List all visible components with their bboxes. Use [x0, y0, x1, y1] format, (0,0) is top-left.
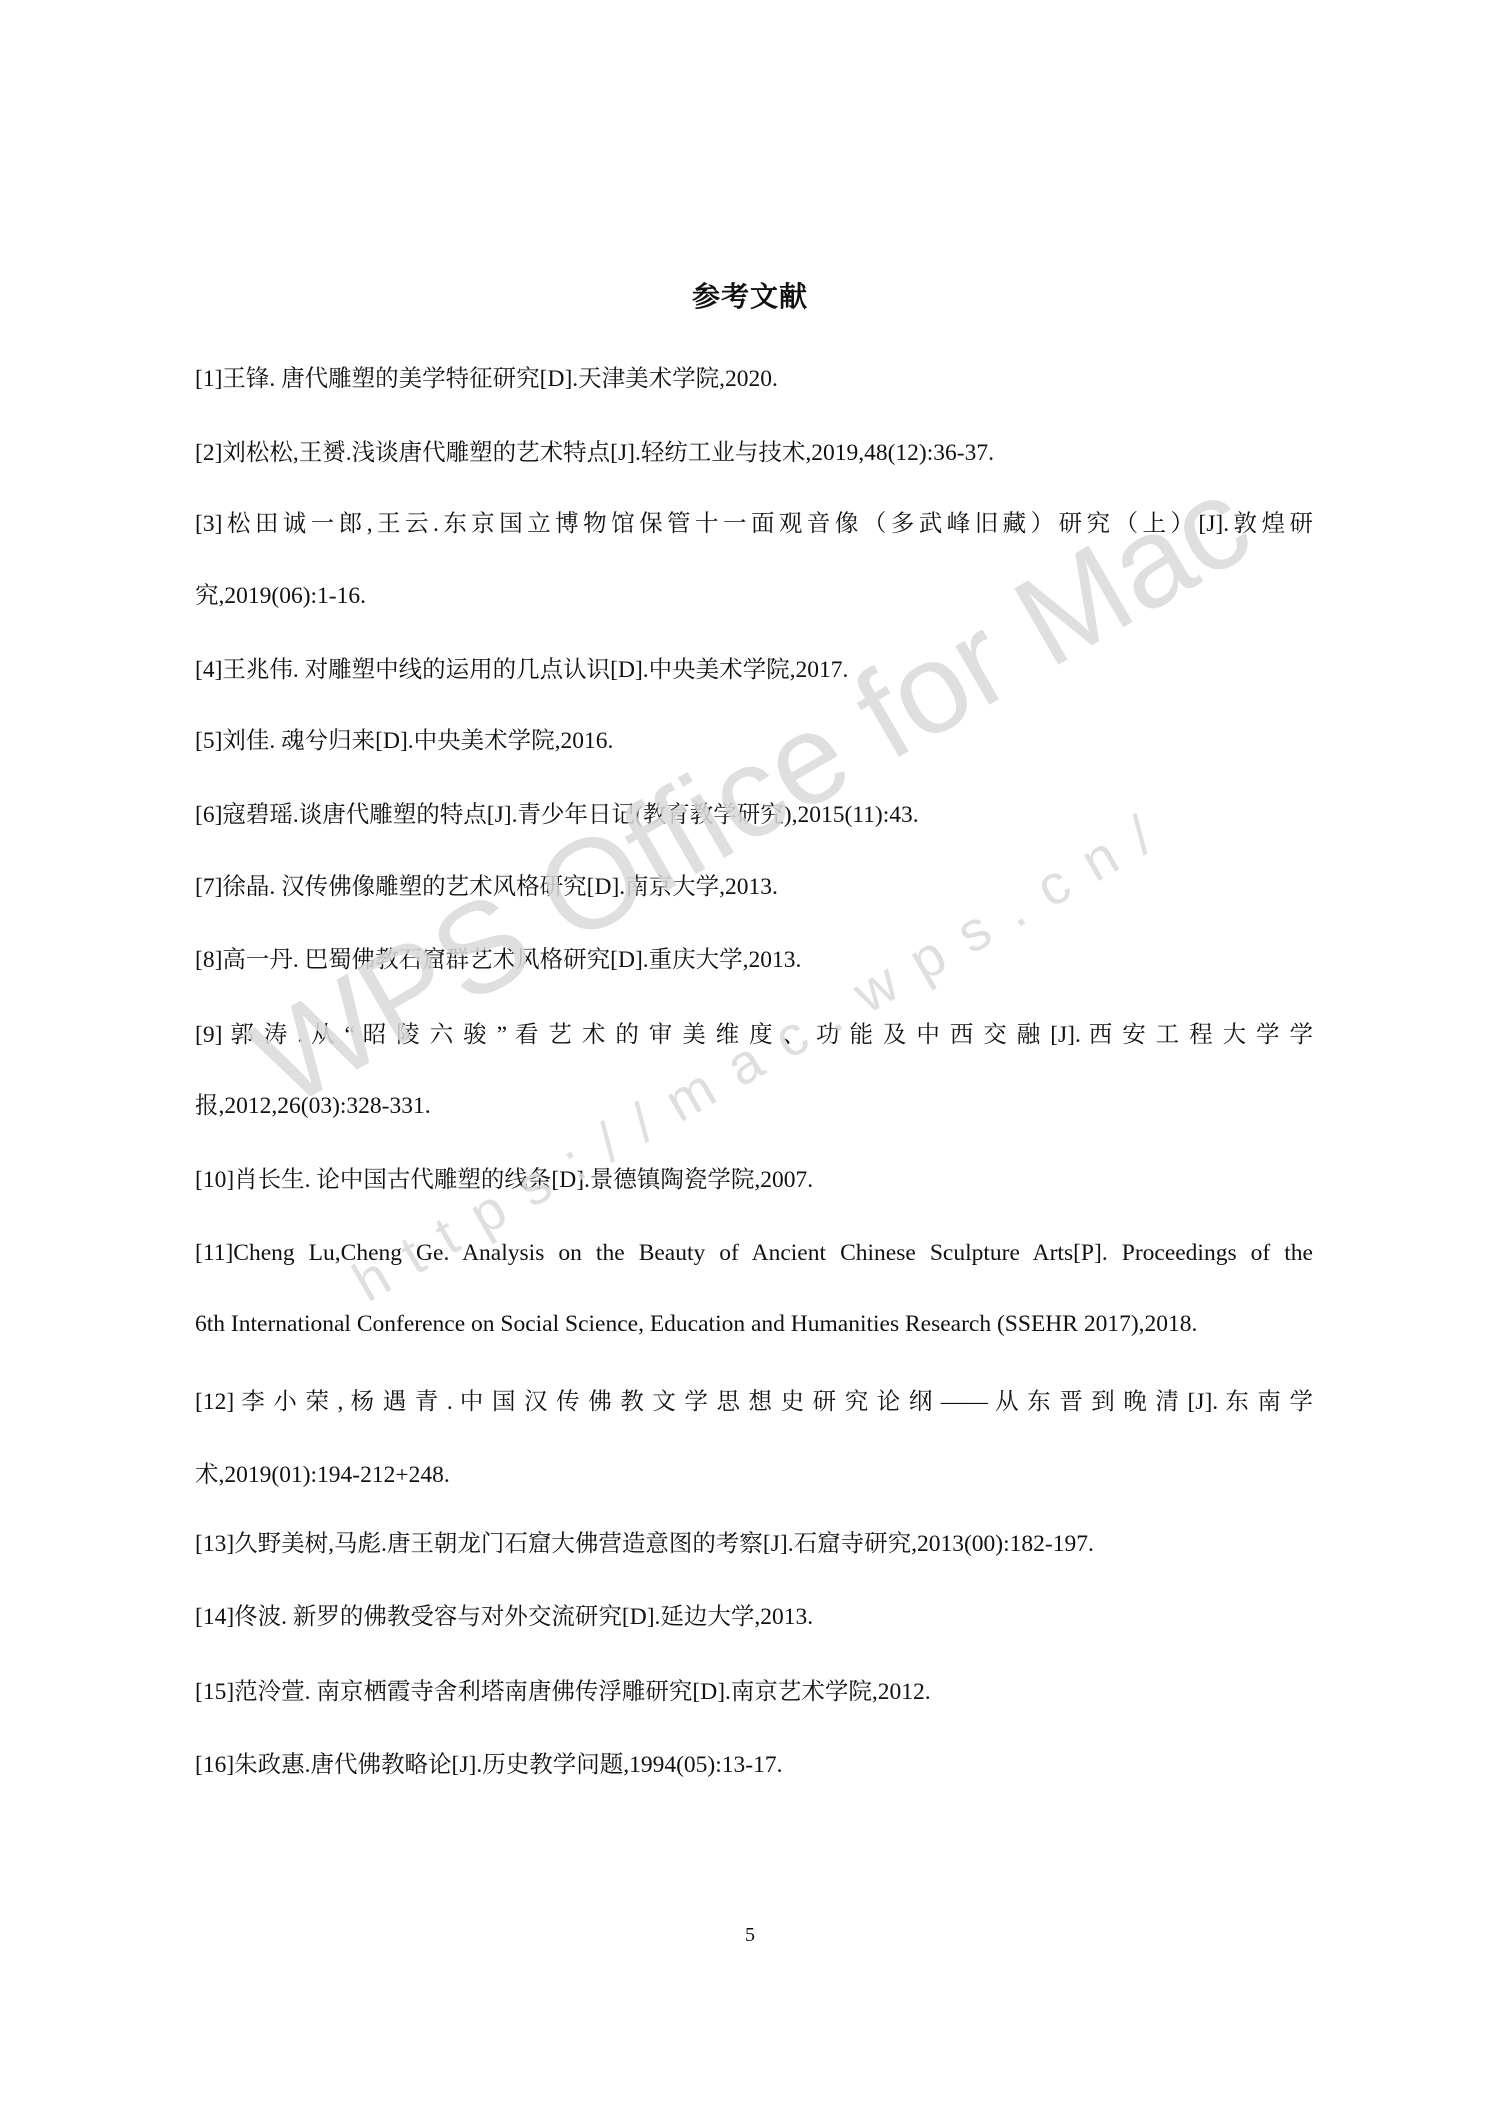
- reference-line: 报,2012,26(03):328-331.: [195, 1091, 431, 1121]
- reference-line: [6]寇碧瑶.谈唐代雕塑的特点[J].青少年日记(教育教学研究),2015(11…: [195, 800, 919, 830]
- watermark: WPS Office for Mac https://mac.wps.cn/: [0, 0, 1500, 2122]
- reference-line: [4]王兆伟. 对雕塑中线的运用的几点认识[D].中央美术学院,2017.: [195, 655, 848, 685]
- reference-line: [7]徐晶. 汉传佛像雕塑的艺术风格研究[D].南京大学,2013.: [195, 872, 778, 902]
- reference-line: [2]刘松松,王赟.浅谈唐代雕塑的艺术特点[J].轻纺工业与技术,2019,48…: [195, 438, 994, 468]
- page-title: 参考文献: [0, 281, 1500, 315]
- reference-line: 6th International Conference on Social S…: [195, 1309, 1197, 1339]
- reference-line: [14]佟波. 新罗的佛教受容与对外交流研究[D].延边大学,2013.: [195, 1602, 813, 1632]
- reference-line: [16]朱政惠.唐代佛教略论[J].历史教学问题,1994(05):13-17.: [195, 1750, 782, 1780]
- reference-line: [13]久野美树,马彪.唐王朝龙门石窟大佛营造意图的考察[J].石窟寺研究,20…: [195, 1529, 1094, 1559]
- reference-line: [12] 李 小 荣 , 杨 遇 青 . 中 国 汉 传 佛 教 文 学 思 想…: [195, 1387, 1313, 1417]
- reference-line: [10]肖长生. 论中国古代雕塑的线条[D].景德镇陶瓷学院,2007.: [195, 1165, 813, 1195]
- reference-line: 究,2019(06):1-16.: [195, 581, 366, 611]
- reference-line: [11]Cheng Lu,Cheng Ge. Analysis on the B…: [195, 1238, 1313, 1268]
- reference-line: [1]王锋. 唐代雕塑的美学特征研究[D].天津美术学院,2020.: [195, 364, 778, 394]
- page-number: 5: [0, 1924, 1500, 1947]
- reference-line: [15]范泠萱. 南京栖霞寺舍利塔南唐佛传浮雕研究[D].南京艺术学院,2012…: [195, 1677, 931, 1707]
- document-page: 参考文献 [1]王锋. 唐代雕塑的美学特征研究[D].天津美术学院,2020. …: [0, 0, 1500, 2122]
- reference-line: [9] 郭 涛 . 从 “ 昭 陵 六 骏 ” 看 艺 术 的 审 美 维 度 …: [195, 1020, 1313, 1050]
- reference-line: 术,2019(01):194-212+248.: [195, 1460, 450, 1490]
- reference-line: [3]松田诚一郎,王云.东京国立博物馆保管十一面观音像（多武峰旧藏）研究（上）[…: [195, 509, 1313, 539]
- reference-line: [5]刘佳. 魂兮归来[D].中央美术学院,2016.: [195, 726, 613, 756]
- reference-line: [8]高一丹. 巴蜀佛教石窟群艺术风格研究[D].重庆大学,2013.: [195, 945, 801, 975]
